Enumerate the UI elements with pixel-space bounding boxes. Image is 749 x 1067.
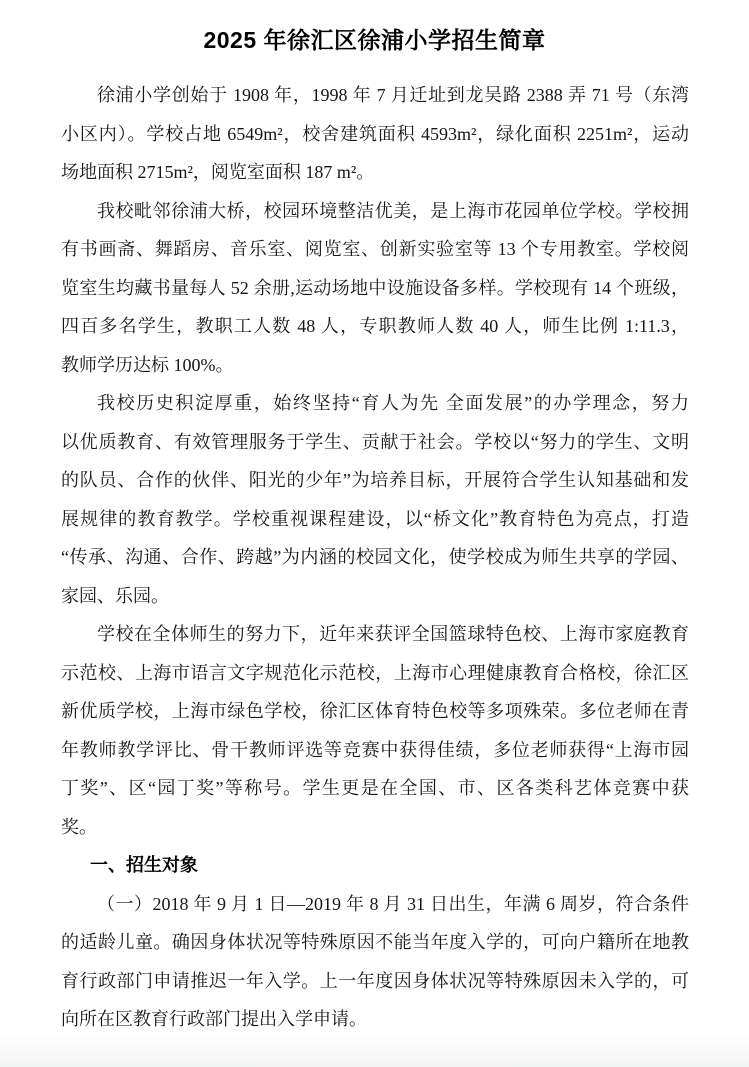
paragraph: 我校历史积淀厚重，始终坚持“育人为先 全面发展”的办学理念，努力以优质教育、有效… <box>61 384 689 615</box>
paragraph-line: 向所在区教育行政部门提出入学申请。 <box>61 1000 689 1039</box>
paragraph: （一）2018 年 9 月 1 日—2019 年 8 月 31 日出生，年满 6… <box>61 885 689 1039</box>
paragraph-line: 示范校、上海市语言文字规范化示范校，上海市心理健康教育合格校，徐汇区 <box>61 654 689 693</box>
paragraph: 徐浦小学创始于 1908 年，1998 年 7 月迁址到龙吴路 2388 弄 7… <box>61 76 689 192</box>
section-heading: 一、招生对象 <box>61 846 689 885</box>
paragraph-line: 奖。 <box>61 808 689 847</box>
paragraph-line: 场地面积 2715m²，阅览室面积 187 m²。 <box>61 153 689 192</box>
page-title: 2025 年徐汇区徐浦小学招生简章 <box>0 0 749 55</box>
paragraph-line: （一）2018 年 9 月 1 日—2019 年 8 月 31 日出生，年满 6… <box>61 885 689 924</box>
paragraph-line: 有书画斋、舞蹈房、音乐室、阅览室、创新实验室等 13 个专用教室。学校阅 <box>61 230 689 269</box>
paragraph-line: 展规律的教育教学。学校重视课程建设，以“桥文化”教育特色为亮点，打造 <box>61 500 689 539</box>
paragraph-line: 新优质学校，上海市绿色学校，徐汇区体育特色校等多项殊荣。多位老师在青 <box>61 692 689 731</box>
paragraph: 我校毗邻徐浦大桥，校园环境整洁优美，是上海市花园单位学校。学校拥有书画斋、舞蹈房… <box>61 192 689 385</box>
paragraph-line: “传承、沟通、合作、跨越”为内涵的校园文化，使学校成为师生共享的学园、 <box>61 538 689 577</box>
paragraph-line: 的队员、合作的伙伴、阳光的少年”为培养目标，开展符合学生认知基础和发 <box>61 461 689 500</box>
paragraph-line: 我校历史积淀厚重，始终坚持“育人为先 全面发展”的办学理念，努力 <box>61 384 689 423</box>
paragraph-line: 育行政部门申请推迟一年入学。上一年度因身体状况等特殊原因未入学的，可 <box>61 962 689 1001</box>
document-body: 徐浦小学创始于 1908 年，1998 年 7 月迁址到龙吴路 2388 弄 7… <box>61 76 689 1039</box>
paragraph-line: 我校毗邻徐浦大桥，校园环境整洁优美，是上海市花园单位学校。学校拥 <box>61 192 689 231</box>
paragraph-line: 教师学历达标 100%。 <box>61 346 689 385</box>
paragraph-line: 年教师教学评比、骨干教师评选等竞赛中获得佳绩，多位老师获得“上海市园 <box>61 731 689 770</box>
paragraph-line: 丁奖”、区“园丁奖”等称号。学生更是在全国、市、区各类科艺体竞赛中获 <box>61 769 689 808</box>
paragraph-line: 览室生均藏书量每人 52 余册,运动场地中设施设备多样。学校现有 14 个班级， <box>61 269 689 308</box>
document-page: 2025 年徐汇区徐浦小学招生简章 徐浦小学创始于 1908 年，1998 年 … <box>0 0 749 1067</box>
paragraph-line: 的适龄儿童。确因身体状况等特殊原因不能当年度入学的，可向户籍所在地教 <box>61 923 689 962</box>
paragraph-line: 家园、乐园。 <box>61 577 689 616</box>
paragraph-line: 四百多名学生，教职工人数 48 人，专职教师人数 40 人，师生比例 1:11.… <box>61 307 689 346</box>
paragraph-line: 徐浦小学创始于 1908 年，1998 年 7 月迁址到龙吴路 2388 弄 7… <box>61 76 689 115</box>
paragraph-line: 以优质教育、有效管理服务于学生、贡献于社会。学校以“努力的学生、文明 <box>61 423 689 462</box>
paragraph-line: 小区内）。学校占地 6549m²，校舍建筑面积 4593m²，绿化面积 2251… <box>61 115 689 154</box>
paragraph: 学校在全体师生的努力下，近年来获评全国篮球特色校、上海市家庭教育示范校、上海市语… <box>61 615 689 846</box>
paragraph-line: 学校在全体师生的努力下，近年来获评全国篮球特色校、上海市家庭教育 <box>61 615 689 654</box>
